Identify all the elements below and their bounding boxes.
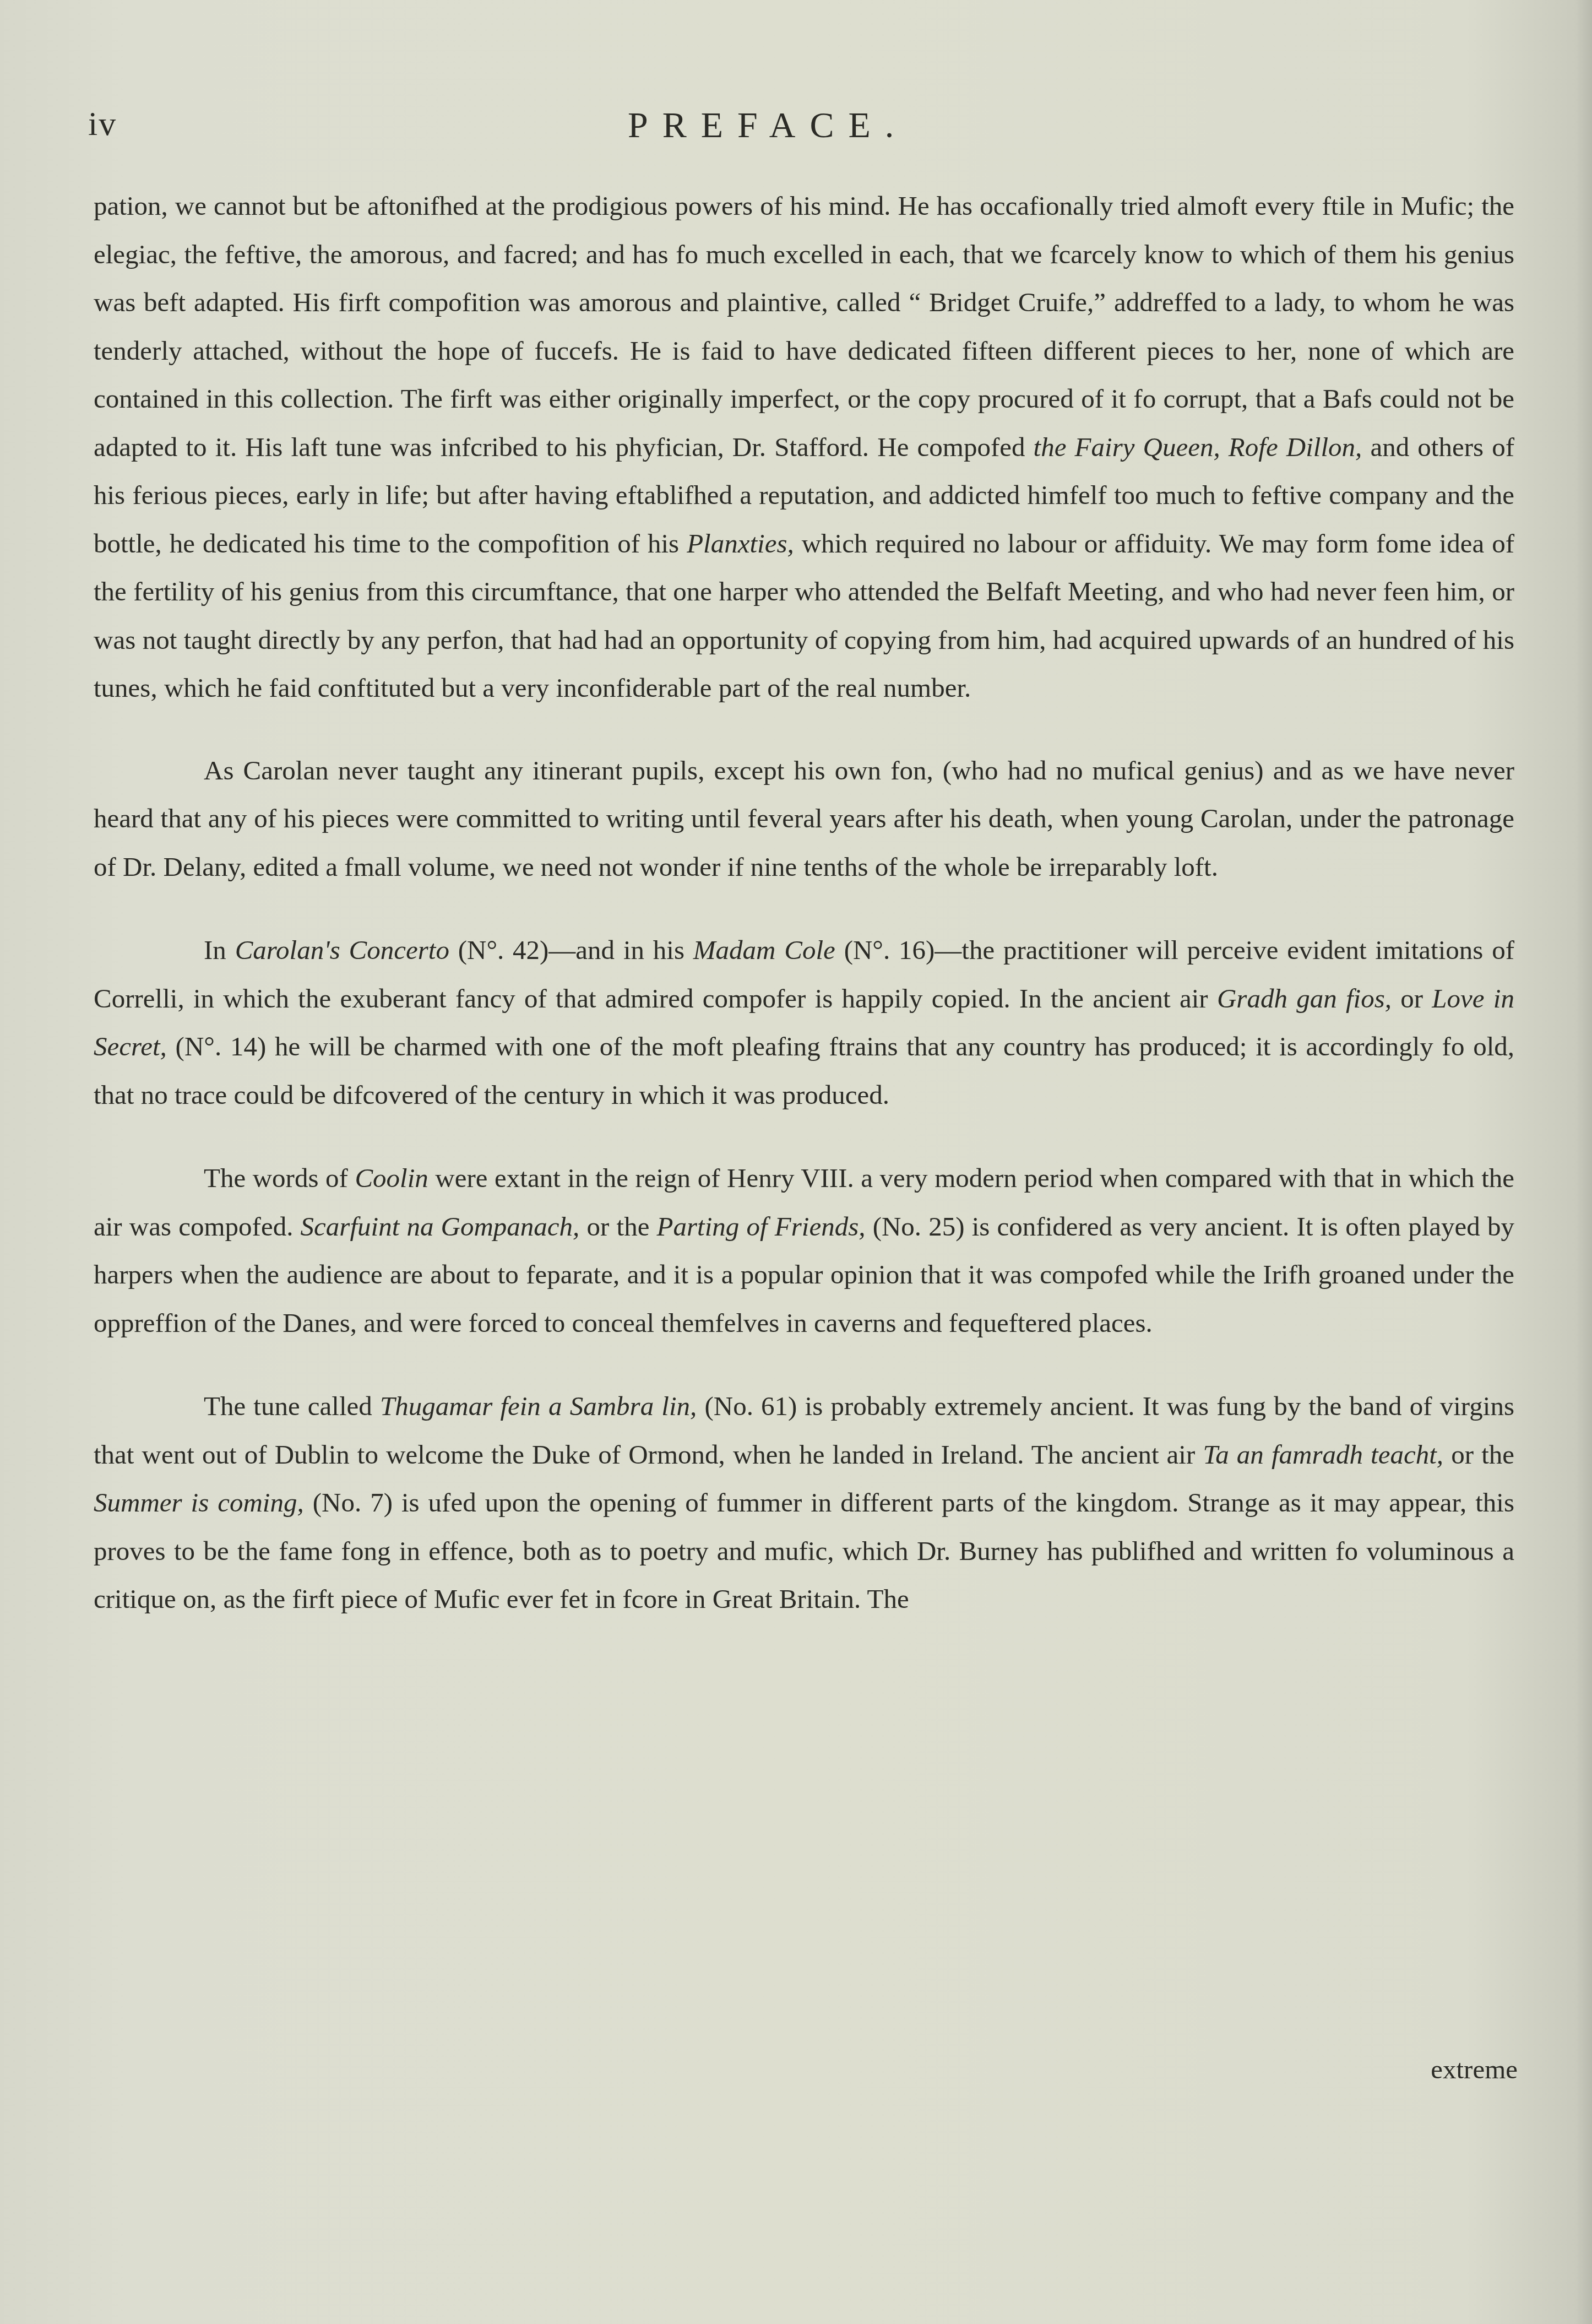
italic-title: Carolan's Concerto [235, 935, 449, 965]
book-page: iv PREFACE. pation, we cannot but be aft… [0, 0, 1592, 2324]
page-body: pation, we cannot but be aftonifhed at t… [94, 182, 1514, 1623]
italic-title: Parting of Friends, [657, 1211, 866, 1242]
page-header: iv PREFACE. [88, 105, 1520, 149]
italic-title: Gradh gan fios, [1217, 983, 1392, 1014]
italic-title: Ta an famradh teacht, [1203, 1439, 1443, 1470]
paragraph: As Carolan never taught any itinerant pu… [94, 746, 1514, 891]
italic-title: Coolin [355, 1163, 428, 1193]
catchword: extreme [1431, 2054, 1518, 2085]
italic-title: the Fairy Queen, Rofe Dillon, [1034, 432, 1362, 462]
paragraph: The words of Coolin were extant in the r… [94, 1154, 1514, 1347]
paragraph: The tune called Thugamar fein a Sambra l… [94, 1382, 1514, 1623]
paragraph: In Carolan's Concerto (N°. 42)—and in hi… [94, 926, 1514, 1119]
italic-title: Planxties, [687, 528, 794, 559]
italic-title: Madam Cole [693, 935, 835, 965]
italic-title: Thugamar fein a Sambra lin, [380, 1391, 697, 1421]
paragraph: pation, we cannot but be aftonifhed at t… [94, 182, 1514, 712]
italic-title: Summer is coming, [94, 1487, 304, 1518]
running-title: PREFACE. [628, 105, 908, 147]
page-number: iv [88, 105, 117, 144]
italic-title: Scarfuint na Gompanach, [301, 1211, 580, 1242]
